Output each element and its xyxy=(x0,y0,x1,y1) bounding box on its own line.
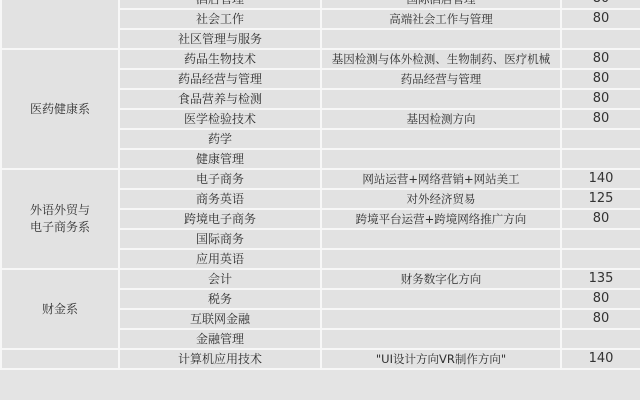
enrollment-cell: 140 xyxy=(561,349,640,369)
direction-cell xyxy=(321,309,561,329)
direction-cell: 药品经营与管理 xyxy=(321,69,561,89)
enrollment-cell: 125 xyxy=(561,189,640,209)
major-cell: 应用英语 xyxy=(119,249,321,269)
enrollment-cell xyxy=(561,29,640,49)
enrollment-cell: 140 xyxy=(561,169,640,189)
major-cell: 食品营养与检测 xyxy=(119,89,321,109)
enrollment-cell: 135 xyxy=(561,269,640,289)
department-cell: 财金系 xyxy=(1,269,119,349)
department-cell: 医药健康系 xyxy=(1,49,119,169)
direction-cell: 基因检测与体外检测、生物制药、医疗机械 xyxy=(321,49,561,69)
major-cell: 健康管理 xyxy=(119,149,321,169)
major-cell: 计算机应用技术 xyxy=(119,349,321,369)
table-row: 外语外贸与 电子商务系 电子商务 网站运营+网络营销+网站美工 140 xyxy=(1,169,640,189)
enrollment-cell: 80 xyxy=(561,309,640,329)
enrollment-cell: 80 xyxy=(561,289,640,309)
direction-cell: 国际酒店管理 xyxy=(321,0,561,9)
direction-cell: 跨境平台运营+跨境网络推广方向 xyxy=(321,209,561,229)
enrollment-cell: 80 xyxy=(561,69,640,89)
enrollment-cell: 80 xyxy=(561,89,640,109)
major-cell: 药品经营与管理 xyxy=(119,69,321,89)
enrollment-cell xyxy=(561,329,640,349)
department-cell: 外语外贸与 电子商务系 xyxy=(1,169,119,269)
direction-cell xyxy=(321,29,561,49)
table-row: 财金系 会计 财务数字化方向 135 xyxy=(1,269,640,289)
major-cell: 社会工作 xyxy=(119,9,321,29)
major-cell: 社区管理与服务 xyxy=(119,29,321,49)
major-cell: 商务英语 xyxy=(119,189,321,209)
department-cell xyxy=(1,0,119,49)
major-cell: 酒店管理 xyxy=(119,0,321,9)
direction-cell xyxy=(321,129,561,149)
major-cell: 药学 xyxy=(119,129,321,149)
table-row: 酒店管理 国际酒店管理 80 xyxy=(1,0,640,9)
direction-cell xyxy=(321,289,561,309)
department-name-line2: 电子商务系 xyxy=(2,219,118,236)
department-cell xyxy=(1,349,119,369)
major-cell: 会计 xyxy=(119,269,321,289)
major-cell: 跨境电子商务 xyxy=(119,209,321,229)
major-cell: 药品生物技术 xyxy=(119,49,321,69)
enrollment-cell: 80 xyxy=(561,209,640,229)
direction-cell: 财务数字化方向 xyxy=(321,269,561,289)
enrollment-cell: 80 xyxy=(561,0,640,9)
major-cell: 国际商务 xyxy=(119,229,321,249)
enrollment-cell xyxy=(561,249,640,269)
direction-cell xyxy=(321,89,561,109)
enrollment-cell xyxy=(561,149,640,169)
direction-cell: 基因检测方向 xyxy=(321,109,561,129)
direction-cell: 对外经济贸易 xyxy=(321,189,561,209)
table-row: 计算机应用技术 "UI设计方向VR制作方向" 140 xyxy=(1,349,640,369)
direction-cell: 高端社会工作与管理 xyxy=(321,9,561,29)
direction-cell: "UI设计方向VR制作方向" xyxy=(321,349,561,369)
direction-cell xyxy=(321,149,561,169)
enrollment-table: 酒店管理 国际酒店管理 80 社会工作 高端社会工作与管理 80 社区管理与服务… xyxy=(0,0,640,370)
major-cell: 医学检验技术 xyxy=(119,109,321,129)
direction-cell xyxy=(321,229,561,249)
major-cell: 互联网金融 xyxy=(119,309,321,329)
enrollment-cell xyxy=(561,129,640,149)
enrollment-cell: 80 xyxy=(561,109,640,129)
direction-cell xyxy=(321,329,561,349)
table-row: 医药健康系 药品生物技术 基因检测与体外检测、生物制药、医疗机械 80 xyxy=(1,49,640,69)
major-cell: 税务 xyxy=(119,289,321,309)
direction-cell xyxy=(321,249,561,269)
enrollment-cell xyxy=(561,229,640,249)
department-name-line1: 外语外贸与 xyxy=(2,202,118,219)
direction-cell: 网站运营+网络营销+网站美工 xyxy=(321,169,561,189)
enrollment-cell: 80 xyxy=(561,49,640,69)
major-cell: 电子商务 xyxy=(119,169,321,189)
enrollment-cell: 80 xyxy=(561,9,640,29)
major-cell: 金融管理 xyxy=(119,329,321,349)
